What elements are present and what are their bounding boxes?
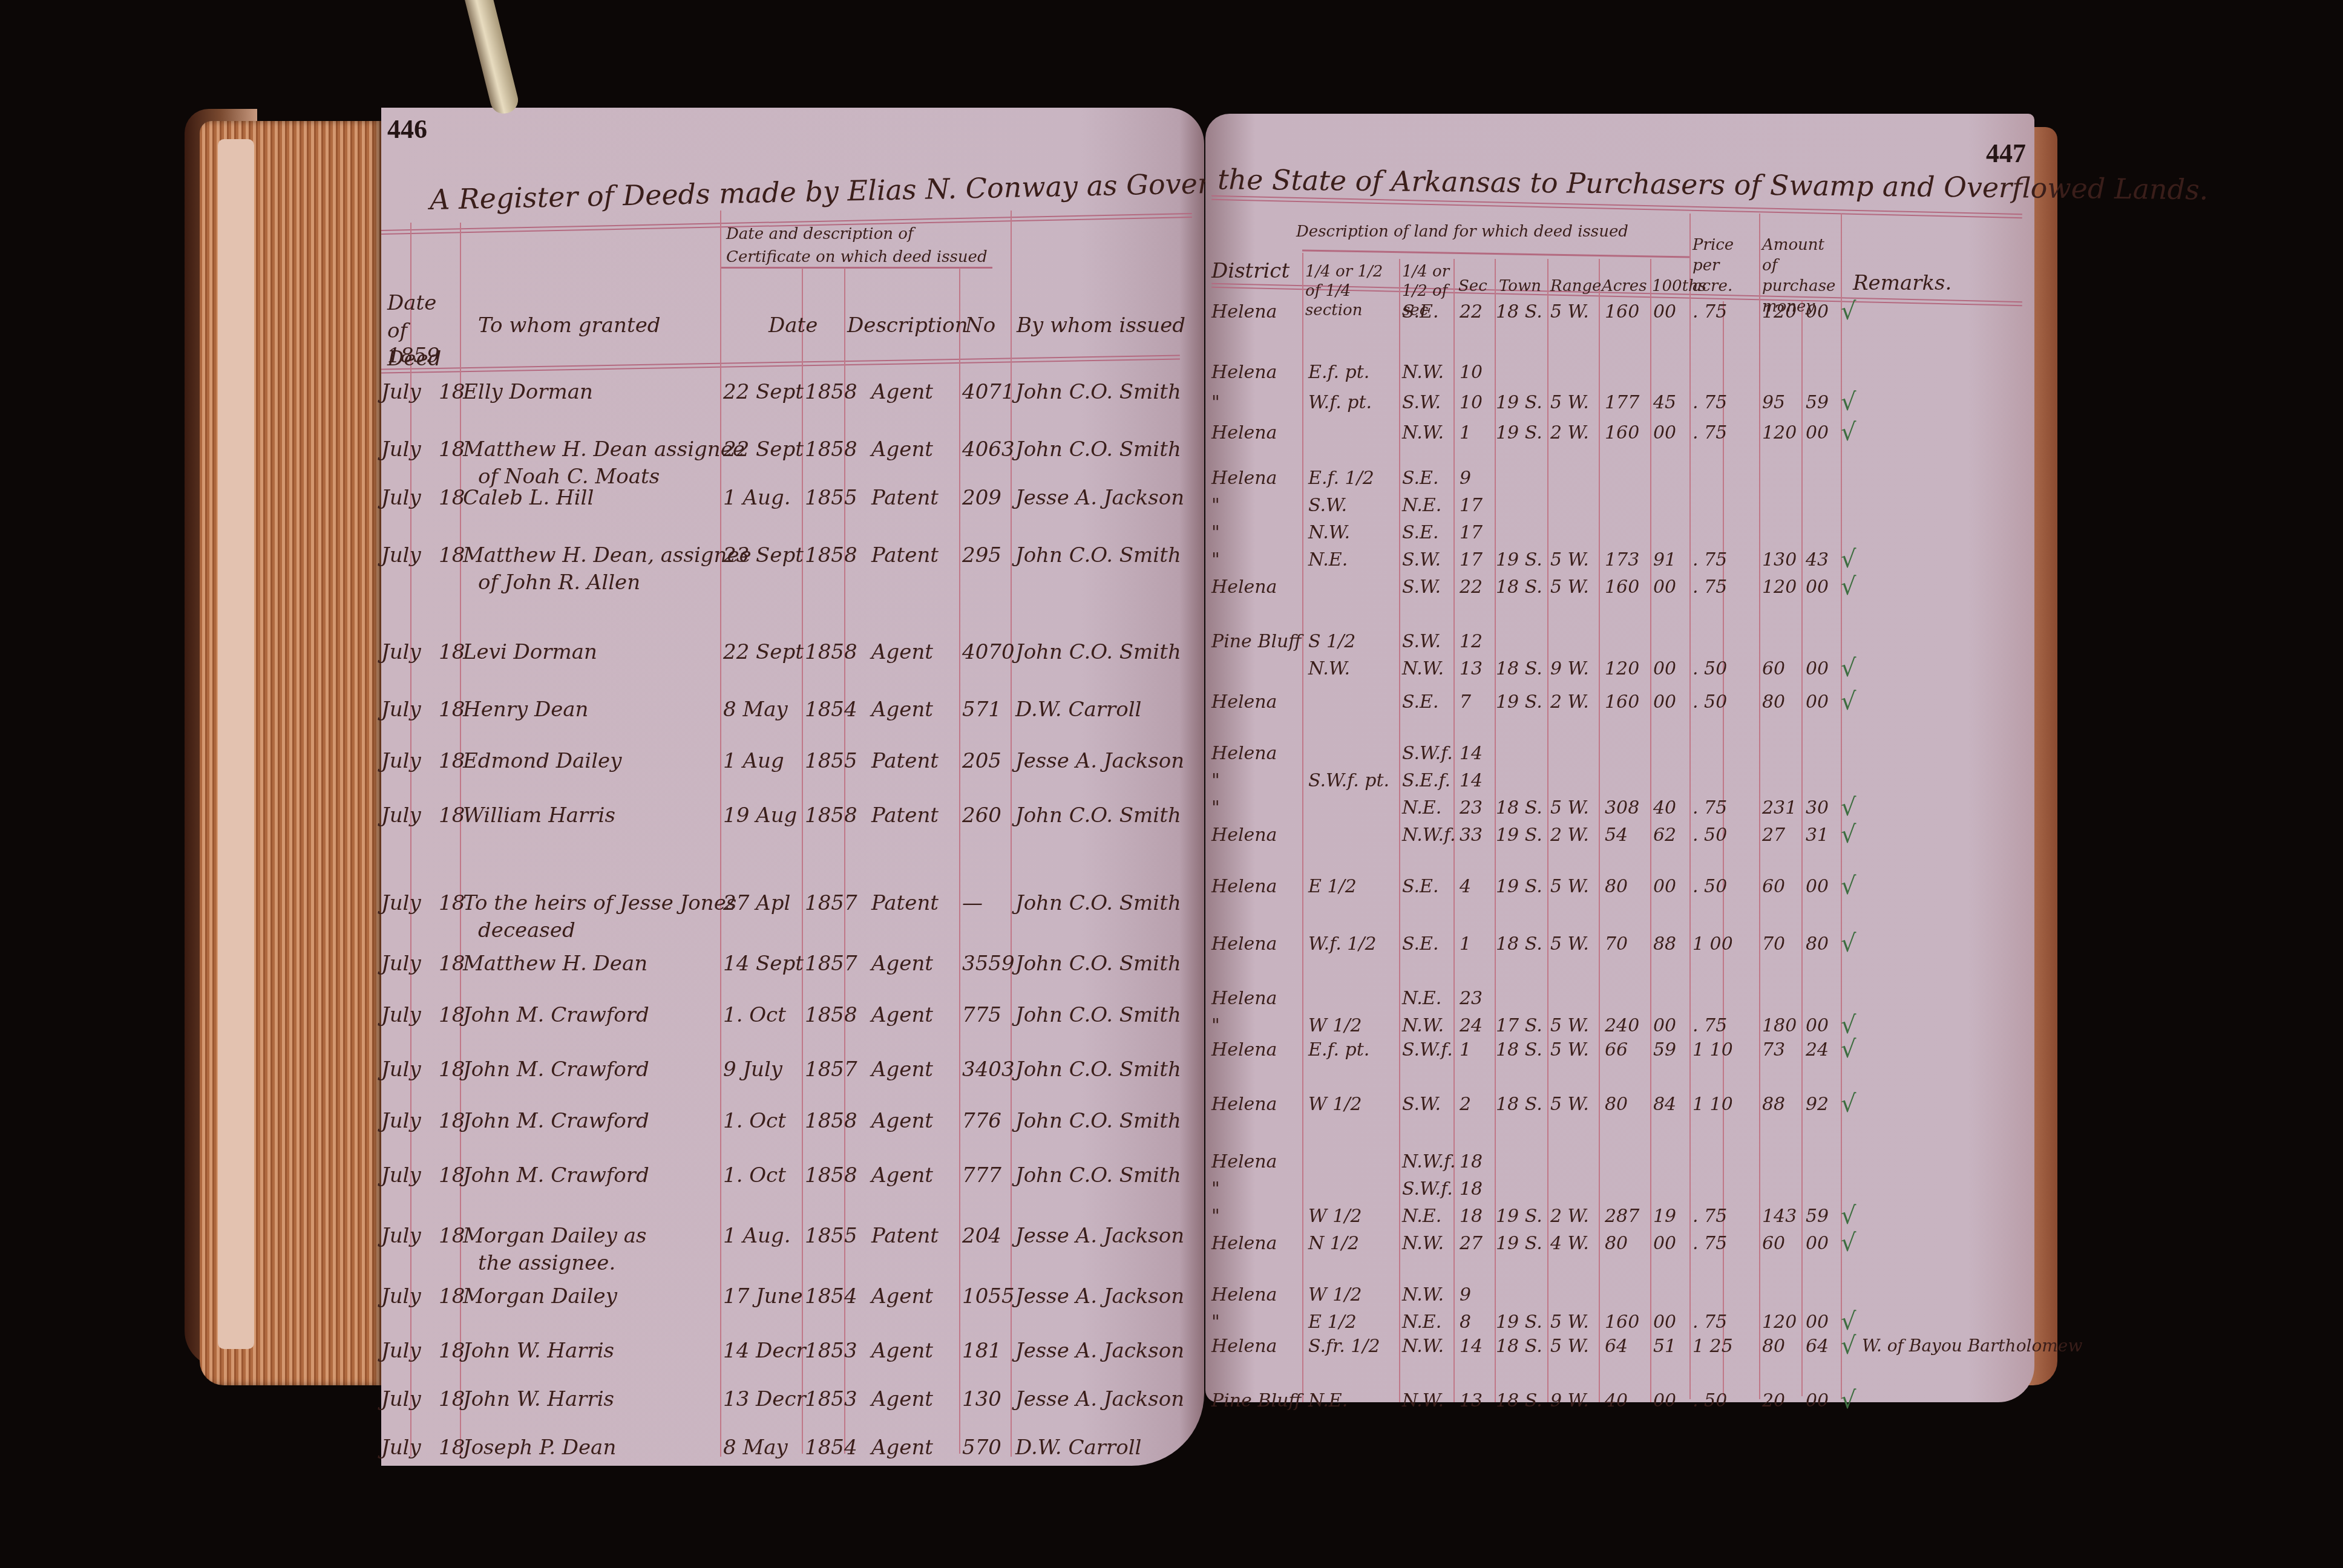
section: 33 xyxy=(1460,825,1483,846)
amount-dollars: 60 xyxy=(1762,876,1785,897)
amount-cents: 00 xyxy=(1806,422,1829,443)
certificate-year: 1855 xyxy=(805,1224,857,1248)
certificate-number: 4070 xyxy=(962,640,1015,664)
certificate-year: 1857 xyxy=(805,1057,857,1082)
section: 10 xyxy=(1460,392,1483,413)
district: " xyxy=(1211,1312,1220,1333)
col-line xyxy=(720,211,721,1457)
certificate-number: 205 xyxy=(962,749,1001,773)
remark: W. of Bayou Bartholomew xyxy=(1862,1336,2082,1356)
certificate-description: Patent xyxy=(871,543,939,567)
quarter-of-quarter: W 1/2 xyxy=(1308,1094,1362,1115)
header-certificate-group: Date and description of Certificate on w… xyxy=(726,223,992,269)
amount-dollars: 80 xyxy=(1762,691,1785,713)
grantee-name-continued: deceased xyxy=(478,918,575,942)
deed-month: July xyxy=(381,486,421,510)
deed-month: July xyxy=(381,437,421,462)
check-mark-icon: √ xyxy=(1841,1036,1856,1063)
section: 23 xyxy=(1460,988,1483,1009)
amount-dollars: 60 xyxy=(1762,1233,1785,1254)
col-line xyxy=(1547,259,1548,1402)
certificate-description: Agent xyxy=(871,1003,933,1027)
range: 2 W. xyxy=(1550,422,1589,443)
quarter-of-section: N.W. xyxy=(1402,1284,1444,1305)
acres: 173 xyxy=(1605,549,1639,570)
range: 5 W. xyxy=(1550,577,1589,598)
section: 7 xyxy=(1460,691,1471,713)
acres: 40 xyxy=(1605,1390,1628,1411)
issued-by: John C.O. Smith xyxy=(1015,640,1181,664)
quarter-of-quarter: W.f. pt. xyxy=(1308,392,1372,413)
grantee-name: John M. Crawford xyxy=(463,1109,649,1133)
township: 17 S. xyxy=(1496,1015,1542,1036)
quarter-of-section: S.E. xyxy=(1402,301,1438,322)
amount-cents: 59 xyxy=(1806,1206,1829,1227)
certificate-year: 1858 xyxy=(805,1163,857,1187)
certificate-description: Agent xyxy=(871,1436,933,1460)
section: 9 xyxy=(1460,468,1471,489)
certificate-description: Patent xyxy=(871,803,939,828)
district: Pine Bluff xyxy=(1211,631,1302,652)
land-group-rule xyxy=(1302,249,1689,258)
deed-day: 18 xyxy=(439,1284,465,1308)
amount-dollars: 180 xyxy=(1762,1015,1797,1036)
section: 14 xyxy=(1460,743,1483,764)
certificate-description: Agent xyxy=(871,1057,933,1082)
grantee-name: John M. Crawford xyxy=(463,1057,649,1082)
amount-dollars: 60 xyxy=(1762,658,1785,679)
district: Helena xyxy=(1211,988,1277,1009)
price-per-acre: 1 10 xyxy=(1693,1094,1733,1115)
deed-day: 18 xyxy=(439,1003,465,1027)
acres: 54 xyxy=(1605,825,1628,846)
quarter-of-section: N.E. xyxy=(1402,495,1441,516)
certificate-date: 9 July xyxy=(723,1057,782,1082)
certificate-year: 1858 xyxy=(805,380,857,404)
certificate-description: Patent xyxy=(871,891,939,915)
issued-by: John C.O. Smith xyxy=(1015,803,1181,828)
check-mark-icon: √ xyxy=(1841,688,1856,716)
section: 12 xyxy=(1460,631,1483,652)
amount-cents: 00 xyxy=(1806,1015,1829,1036)
deed-month: July xyxy=(381,749,421,773)
district: Helena xyxy=(1211,301,1277,322)
quarter-of-quarter: N 1/2 xyxy=(1308,1233,1359,1254)
price-per-acre: . 50 xyxy=(1693,658,1727,679)
quarter-of-section: N.W. xyxy=(1402,658,1444,679)
district: Helena xyxy=(1211,1094,1277,1115)
quarter-of-quarter: N.W. xyxy=(1308,522,1350,543)
certificate-number: 130 xyxy=(962,1387,1001,1411)
district: " xyxy=(1211,1206,1220,1227)
acres: 160 xyxy=(1605,422,1639,443)
section: 4 xyxy=(1460,876,1471,897)
quarter-of-quarter: E 1/2 xyxy=(1308,876,1357,897)
amount-dollars: 20 xyxy=(1762,1390,1785,1411)
check-mark-icon: √ xyxy=(1841,546,1856,573)
district: Helena xyxy=(1211,691,1277,713)
range: 2 W. xyxy=(1550,825,1589,846)
certificate-number: 3403 xyxy=(962,1057,1015,1082)
township: 18 S. xyxy=(1496,1039,1542,1060)
amount-cents: 31 xyxy=(1806,825,1829,846)
col-line xyxy=(1599,259,1600,1402)
township: 19 S. xyxy=(1496,825,1542,846)
register-title-left: A Register of Deeds made by Elias N. Con… xyxy=(430,165,1295,216)
district: Helena xyxy=(1211,468,1277,489)
deed-day: 18 xyxy=(439,697,465,722)
col-line xyxy=(959,268,960,1454)
acres-hundredths: 00 xyxy=(1653,658,1676,679)
district: " xyxy=(1211,522,1220,543)
certificate-year: 1858 xyxy=(805,1109,857,1133)
quarter-of-section: N.W. xyxy=(1402,1336,1444,1357)
acres: 80 xyxy=(1605,1094,1628,1115)
quarter-of-section: S.E. xyxy=(1402,522,1438,543)
amount-cents: 00 xyxy=(1806,691,1829,713)
section: 1 xyxy=(1460,933,1471,955)
amount-cents: 64 xyxy=(1806,1336,1829,1357)
certificate-date: 19 Aug xyxy=(723,803,797,828)
certificate-number: 295 xyxy=(962,543,1001,567)
grantee-name: Joseph P. Dean xyxy=(463,1436,616,1460)
col-line xyxy=(1723,301,1724,1396)
amount-dollars: 120 xyxy=(1762,577,1797,598)
acres-hundredths: 84 xyxy=(1653,1094,1676,1115)
certificate-description: Patent xyxy=(871,749,939,773)
township: 19 S. xyxy=(1496,876,1542,897)
acres-hundredths: 00 xyxy=(1653,1390,1676,1411)
section: 14 xyxy=(1460,770,1483,791)
certificate-date: 1 Aug xyxy=(723,749,784,773)
header-sec: Sec xyxy=(1458,277,1487,295)
issued-by: Jesse A. Jackson xyxy=(1015,486,1184,510)
certificate-description: Agent xyxy=(871,380,933,404)
acres: 177 xyxy=(1605,392,1639,413)
acres: 240 xyxy=(1605,1015,1639,1036)
township: 19 S. xyxy=(1496,1312,1542,1333)
amount-cents: 00 xyxy=(1806,1233,1829,1254)
issued-by: John C.O. Smith xyxy=(1015,543,1181,567)
district: Helena xyxy=(1211,422,1277,443)
quarter-of-section: S.W.f. xyxy=(1402,1178,1453,1200)
township: 18 S. xyxy=(1496,658,1542,679)
col-line xyxy=(1801,301,1803,1396)
header-district: District xyxy=(1211,259,1289,283)
certificate-year: 1857 xyxy=(805,952,857,976)
acres-hundredths: 91 xyxy=(1653,549,1676,570)
certificate-number: 209 xyxy=(962,486,1001,510)
section: 8 xyxy=(1460,1312,1471,1333)
certificate-number: 570 xyxy=(962,1436,1001,1460)
check-mark-icon: √ xyxy=(1841,1090,1856,1118)
district: " xyxy=(1211,797,1220,818)
district: Helena xyxy=(1211,1233,1277,1254)
certificate-description: Agent xyxy=(871,640,933,664)
certificate-description: Patent xyxy=(871,486,939,510)
deed-day: 18 xyxy=(439,543,465,567)
certificate-number: 775 xyxy=(962,1003,1001,1027)
check-mark-icon: √ xyxy=(1841,1202,1856,1230)
deed-day: 18 xyxy=(439,1339,465,1363)
header-acres: Acres xyxy=(1602,277,1647,295)
certificate-date: 22 Sept xyxy=(723,437,804,462)
check-mark-icon: √ xyxy=(1841,1387,1856,1414)
deed-month: July xyxy=(381,952,421,976)
section: 13 xyxy=(1460,658,1483,679)
section: 18 xyxy=(1460,1151,1483,1172)
quarter-of-quarter: N.E. xyxy=(1308,1390,1348,1411)
range: 5 W. xyxy=(1550,1312,1589,1333)
price-per-acre: . 75 xyxy=(1693,1015,1727,1036)
grantee-name: Elly Dorman xyxy=(463,380,593,404)
price-per-acre: . 75 xyxy=(1693,577,1727,598)
amount-cents: 00 xyxy=(1806,1390,1829,1411)
grantee-name: Morgan Dailey as xyxy=(463,1224,646,1248)
certificate-year: 1854 xyxy=(805,1284,857,1308)
header-to-whom-granted: To whom granted xyxy=(478,313,661,338)
quarter-of-section: S.W.f. xyxy=(1402,1039,1453,1060)
district: Helena xyxy=(1211,1284,1277,1305)
grantee-name: John W. Harris xyxy=(463,1387,614,1411)
district: " xyxy=(1211,770,1220,791)
amount-cents: 43 xyxy=(1806,549,1829,570)
quarter-of-quarter: S.fr. 1/2 xyxy=(1308,1336,1380,1357)
deed-month: July xyxy=(381,1163,421,1187)
district: " xyxy=(1211,495,1220,516)
certificate-year: 1858 xyxy=(805,437,857,462)
amount-dollars: 80 xyxy=(1762,1336,1785,1357)
district: Helena xyxy=(1211,743,1277,764)
range: 5 W. xyxy=(1550,933,1589,955)
deed-month: July xyxy=(381,803,421,828)
header-land-group: Description of land for which deed issue… xyxy=(1296,223,1628,241)
issued-by: John C.O. Smith xyxy=(1015,1057,1181,1082)
acres-hundredths: 59 xyxy=(1653,1039,1676,1060)
acres-hundredths: 00 xyxy=(1653,691,1676,713)
price-per-acre: . 75 xyxy=(1693,422,1727,443)
certificate-year: 1858 xyxy=(805,543,857,567)
quarter-of-section: S.W. xyxy=(1402,631,1441,652)
flyleaf xyxy=(218,139,254,1349)
issued-by: John C.O. Smith xyxy=(1015,1109,1181,1133)
district: Helena xyxy=(1211,1039,1277,1060)
certificate-description: Agent xyxy=(871,437,933,462)
issued-by: John C.O. Smith xyxy=(1015,952,1181,976)
quarter-of-section: S.E.f. xyxy=(1402,770,1450,791)
price-per-acre: . 75 xyxy=(1693,1312,1727,1333)
check-mark-icon: √ xyxy=(1841,1332,1856,1360)
deed-day: 18 xyxy=(439,749,465,773)
deed-month: July xyxy=(381,1003,421,1027)
quarter-of-section: N.W.f. xyxy=(1402,825,1456,846)
grantee-name-continued: of Noah C. Moats xyxy=(478,465,660,489)
district: Helena xyxy=(1211,1336,1277,1357)
acres: 80 xyxy=(1605,1233,1628,1254)
quarter-of-section: S.W. xyxy=(1402,1094,1441,1115)
grantee-name: John M. Crawford xyxy=(463,1003,649,1027)
district: " xyxy=(1211,1015,1220,1036)
grantee-name: Caleb L. Hill xyxy=(463,486,594,510)
acres-hundredths: 00 xyxy=(1653,1015,1676,1036)
price-per-acre: . 50 xyxy=(1693,691,1727,713)
issued-by: John C.O. Smith xyxy=(1015,1003,1181,1027)
check-mark-icon: √ xyxy=(1841,419,1856,446)
section: 27 xyxy=(1460,1233,1483,1254)
issued-by: D.W. Carroll xyxy=(1015,1436,1141,1460)
amount-dollars: 130 xyxy=(1762,549,1797,570)
deed-month: July xyxy=(381,543,421,567)
certificate-number: 776 xyxy=(962,1109,1001,1133)
grantee-name: Morgan Dailey xyxy=(463,1284,617,1308)
check-mark-icon: √ xyxy=(1841,298,1856,325)
certificate-year: 1854 xyxy=(805,1436,857,1460)
section: 17 xyxy=(1460,495,1483,516)
section: 23 xyxy=(1460,797,1483,818)
certificate-description: Agent xyxy=(871,1284,933,1308)
price-per-acre: 1 25 xyxy=(1693,1336,1733,1357)
issued-by: Jesse A. Jackson xyxy=(1015,749,1184,773)
price-per-acre: 1 00 xyxy=(1693,933,1733,955)
quarter-of-section: N.E. xyxy=(1402,797,1441,818)
acres: 120 xyxy=(1605,658,1639,679)
header-range: Range xyxy=(1550,277,1601,295)
township: 19 S. xyxy=(1496,691,1542,713)
certificate-date: 1 Aug. xyxy=(723,486,790,510)
certificate-date: 27 Apl xyxy=(723,891,790,915)
certificate-description: Agent xyxy=(871,1339,933,1363)
header-year: 1859 xyxy=(387,344,440,368)
header-description: Description xyxy=(847,313,968,338)
grantee-name: Edmond Dailey xyxy=(463,749,621,773)
acres: 160 xyxy=(1605,1312,1639,1333)
acres: 160 xyxy=(1605,301,1639,322)
check-mark-icon: √ xyxy=(1841,821,1856,849)
certificate-number: 3559 xyxy=(962,952,1015,976)
deed-day: 18 xyxy=(439,1387,465,1411)
quarter-of-quarter: N.W. xyxy=(1308,658,1350,679)
range: 4 W. xyxy=(1550,1233,1589,1254)
acres: 160 xyxy=(1605,577,1639,598)
range: 9 W. xyxy=(1550,658,1589,679)
certificate-number: 181 xyxy=(962,1339,1001,1363)
range: 5 W. xyxy=(1550,549,1589,570)
acres-hundredths: 00 xyxy=(1653,1312,1676,1333)
check-mark-icon: √ xyxy=(1841,794,1856,822)
deed-month: July xyxy=(381,1284,421,1308)
certificate-year: 1853 xyxy=(805,1339,857,1363)
township: 18 S. xyxy=(1496,301,1542,322)
certificate-date: 1. Oct xyxy=(723,1003,786,1027)
acres-hundredths: 00 xyxy=(1653,301,1676,322)
certificate-date: 22 Sept xyxy=(723,380,804,404)
deed-day: 18 xyxy=(439,803,465,828)
quarter-of-quarter: E.f. 1/2 xyxy=(1308,468,1374,489)
certificate-year: 1858 xyxy=(805,640,857,664)
section: 22 xyxy=(1460,301,1483,322)
section: 17 xyxy=(1460,522,1483,543)
section: 17 xyxy=(1460,549,1483,570)
issued-by: Jesse A. Jackson xyxy=(1015,1387,1184,1411)
certificate-description: Agent xyxy=(871,1109,933,1133)
district: Helena xyxy=(1211,825,1277,846)
certificate-year: 1853 xyxy=(805,1387,857,1411)
amount-dollars: 70 xyxy=(1762,933,1785,955)
acres: 80 xyxy=(1605,876,1628,897)
price-per-acre: . 75 xyxy=(1693,797,1727,818)
certificate-description: Agent xyxy=(871,1387,933,1411)
range: 9 W. xyxy=(1550,1390,1589,1411)
price-per-acre: . 50 xyxy=(1693,1390,1727,1411)
township: 19 S. xyxy=(1496,1233,1542,1254)
certificate-number: 260 xyxy=(962,803,1001,828)
section: 14 xyxy=(1460,1336,1483,1357)
amount-cents: 00 xyxy=(1806,1312,1829,1333)
quarter-of-section: N.W. xyxy=(1402,1390,1444,1411)
deed-month: July xyxy=(381,1339,421,1363)
township: 18 S. xyxy=(1496,1390,1542,1411)
certificate-date: 1. Oct xyxy=(723,1163,786,1187)
quarter-of-section: S.E. xyxy=(1402,691,1438,713)
range: 5 W. xyxy=(1550,797,1589,818)
amount-cents: 92 xyxy=(1806,1094,1829,1115)
issued-by: John C.O. Smith xyxy=(1015,891,1181,915)
check-mark-icon: √ xyxy=(1841,388,1856,416)
issued-by: John C.O. Smith xyxy=(1015,380,1181,404)
issued-by: Jesse A. Jackson xyxy=(1015,1284,1184,1308)
acres: 66 xyxy=(1605,1039,1628,1060)
quarter-of-quarter: W.f. 1/2 xyxy=(1308,933,1377,955)
acres: 287 xyxy=(1605,1206,1639,1227)
amount-dollars: 27 xyxy=(1762,825,1785,846)
certificate-date: 14 Sept xyxy=(723,952,804,976)
quarter-of-section: N.W. xyxy=(1402,422,1444,443)
quarter-of-section: S.W.f. xyxy=(1402,743,1453,764)
price-per-acre: . 50 xyxy=(1693,876,1727,897)
check-mark-icon: √ xyxy=(1841,573,1856,601)
certificate-year: 1858 xyxy=(805,1003,857,1027)
district: Helena xyxy=(1211,876,1277,897)
district: Helena xyxy=(1211,577,1277,598)
header-price-per-acre: Price per acre. xyxy=(1693,235,1756,296)
township: 19 S. xyxy=(1496,549,1542,570)
certificate-number: — xyxy=(962,891,983,915)
col-line xyxy=(1650,259,1651,1402)
grantee-name: William Harris xyxy=(463,803,615,828)
acres-hundredths: 00 xyxy=(1653,1233,1676,1254)
deed-month: July xyxy=(381,1109,421,1133)
township: 18 S. xyxy=(1496,933,1542,955)
grantee-name: Matthew H. Dean, assignee xyxy=(463,543,752,567)
right-page: 447 the State of Arkansas to Purchasers … xyxy=(1205,114,2034,1402)
grantee-name: Matthew H. Dean assignee xyxy=(463,437,745,462)
certificate-date: 1 Aug. xyxy=(723,1224,790,1248)
district: Helena xyxy=(1211,933,1277,955)
deed-day: 18 xyxy=(439,1057,465,1082)
deed-day: 18 xyxy=(439,1163,465,1187)
deed-month: July xyxy=(381,380,421,404)
amount-cents: 00 xyxy=(1806,658,1829,679)
acres-hundredths: 19 xyxy=(1653,1206,1676,1227)
amount-dollars: 95 xyxy=(1762,392,1785,413)
header-rule-bottom xyxy=(381,354,1180,373)
certificate-date: 8 May xyxy=(723,1436,788,1460)
deed-day: 18 xyxy=(439,1436,465,1460)
price-per-acre: . 75 xyxy=(1693,1233,1727,1254)
acres-hundredths: 00 xyxy=(1653,577,1676,598)
deed-day: 18 xyxy=(439,891,465,915)
range: 5 W. xyxy=(1550,876,1589,897)
